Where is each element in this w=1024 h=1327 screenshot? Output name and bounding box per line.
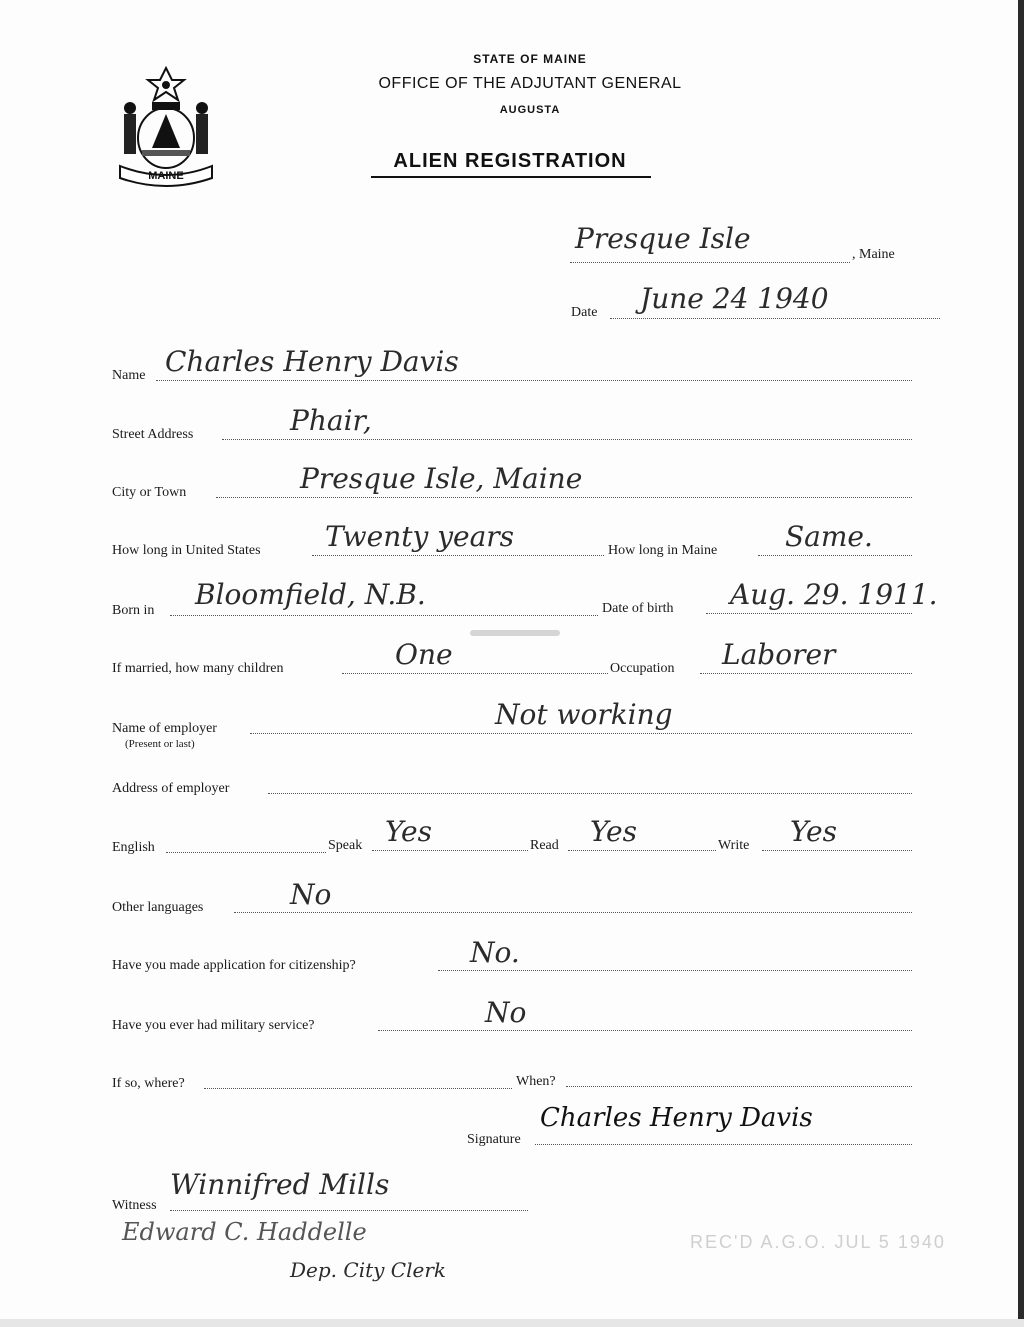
speak-line (372, 850, 528, 851)
place-value: Presque Isle (575, 222, 751, 255)
children-line (342, 673, 608, 674)
read-label: Read (530, 838, 559, 854)
date-line (610, 318, 940, 319)
dob-line (706, 613, 912, 614)
witness-label: Witness (112, 1198, 157, 1214)
maine-duration-label: How long in Maine (608, 543, 717, 559)
occupation-line (700, 673, 912, 674)
employer-sublabel: (Present or last) (125, 738, 195, 750)
clerk-title: Dep. City Clerk (290, 1258, 446, 1282)
citizenship-line (438, 970, 912, 971)
write-value: Yes (790, 815, 837, 848)
ink-smudge (470, 630, 560, 636)
military-line (378, 1030, 912, 1031)
other-languages-label: Other languages (112, 900, 203, 916)
dob-label: Date of birth (602, 601, 674, 617)
born-in-label: Born in (112, 603, 154, 619)
when-line (566, 1086, 912, 1087)
name-line (156, 380, 912, 381)
citizenship-label: Have you made application for citizenshi… (112, 958, 356, 974)
date-value: June 24 1940 (640, 282, 829, 315)
children-label: If married, how many children (112, 661, 283, 677)
born-in-value: Bloomfield, N.B. (195, 578, 426, 611)
street-label: Street Address (112, 427, 193, 443)
read-value: Yes (590, 815, 637, 848)
form-title: ALIEN REGISTRATION (340, 150, 680, 173)
header-office: OFFICE OF THE ADJUTANT GENERAL (330, 75, 730, 93)
maine-state-seal-icon: MAINE (112, 66, 220, 190)
employer-line (250, 733, 912, 734)
place-line (570, 262, 850, 263)
street-line (222, 439, 912, 440)
scan-edge (1018, 0, 1024, 1327)
signature-label: Signature (467, 1132, 521, 1148)
other-languages-value: No (290, 878, 331, 911)
header-city: AUGUSTA (380, 104, 680, 116)
maine-duration-value: Same. (785, 520, 873, 553)
occupation-label: Occupation (610, 661, 675, 677)
write-label: Write (718, 838, 749, 854)
write-line (762, 850, 912, 851)
title-underline (371, 176, 651, 178)
children-value: One (395, 638, 453, 671)
us-duration-label: How long in United States (112, 543, 261, 559)
witness-value: Winnifred Mills (170, 1168, 389, 1201)
clerk-name: Edward C. Haddelle (122, 1218, 367, 1246)
witness-line (170, 1210, 528, 1211)
military-value: No (485, 996, 526, 1029)
employer-label: Name of employer (112, 721, 217, 737)
us-duration-value: Twenty years (325, 520, 514, 553)
english-label: English (112, 840, 155, 856)
city-label: City or Town (112, 485, 186, 501)
where-label: If so, where? (112, 1076, 185, 1092)
speak-value: Yes (385, 815, 432, 848)
name-value: Charles Henry Davis (165, 345, 459, 378)
alien-registration-form: MAINE STATE OF MAINE OFFICE OF THE ADJUT… (0, 0, 1024, 1327)
born-in-line (170, 615, 598, 616)
place-suffix: , Maine (852, 247, 895, 263)
other-languages-line (234, 912, 912, 913)
city-line (216, 497, 912, 498)
us-duration-line (312, 555, 604, 556)
scan-edge-bottom (0, 1319, 1024, 1327)
dob-value: Aug. 29. 1911. (730, 578, 938, 611)
signature-value: Charles Henry Davis (540, 1103, 813, 1133)
military-label: Have you ever had military service? (112, 1018, 315, 1034)
svg-text:MAINE: MAINE (148, 170, 183, 182)
header-state: STATE OF MAINE (380, 52, 680, 66)
street-value: Phair, (290, 404, 372, 437)
name-label: Name (112, 368, 145, 384)
signature-line (535, 1144, 912, 1145)
english-line (166, 852, 326, 853)
occupation-value: Laborer (722, 638, 835, 671)
employer-value: Not working (495, 698, 673, 731)
maine-duration-line (758, 555, 912, 556)
citizenship-value: No. (470, 936, 520, 969)
city-value: Presque Isle, Maine (300, 462, 582, 495)
read-line (568, 850, 716, 851)
date-label: Date (571, 305, 597, 321)
speak-label: Speak (328, 838, 362, 854)
employer-address-line (268, 793, 912, 794)
when-label: When? (516, 1074, 556, 1090)
employer-address-label: Address of employer (112, 781, 229, 797)
received-stamp: REC'D A.G.O. JUL 5 1940 (690, 1232, 946, 1253)
where-line (204, 1088, 512, 1089)
